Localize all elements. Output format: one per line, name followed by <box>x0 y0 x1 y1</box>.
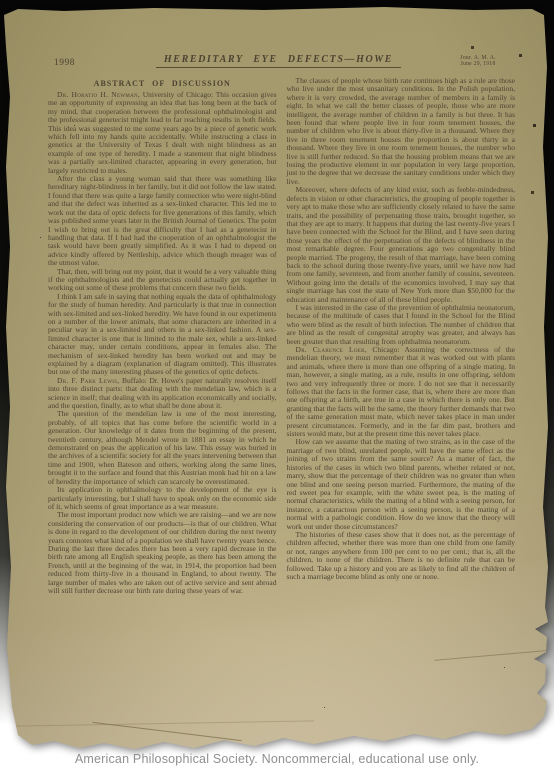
paragraph: That, then, will bring out my point, tha… <box>48 268 277 293</box>
running-title: HEREDITARY EYE DEFECTS—HOWE <box>156 54 401 68</box>
paragraph: After the class a young woman said that … <box>48 175 277 267</box>
document-photo: 1998 HEREDITARY EYE DEFECTS—HOWE Jour. A… <box>4 7 551 751</box>
paragraph: I think I am safe in saying that nothing… <box>48 293 277 377</box>
speaker-name: Dr. Horatio H. Newman, <box>57 90 140 99</box>
right-column-body: The classes of people whose birth rate c… <box>287 77 516 581</box>
paragraph: Its application in ophthalmology to the … <box>48 486 277 511</box>
left-column-body: Dr. Horatio H. Newman, University of Chi… <box>48 91 277 595</box>
paragraph: I was interested in the case of the prev… <box>287 304 516 346</box>
speaker-name: Dr. F. Park Lewis, <box>57 376 119 385</box>
paragraph: The classes of people whose birth rate c… <box>287 77 516 186</box>
speaker-name: Dr. Clarence Loeb, <box>296 345 367 354</box>
paragraph: The histories of these cases show that i… <box>287 531 516 581</box>
photo-caption: American Philosophical Society. Noncomme… <box>0 752 554 768</box>
paragraph: Dr. Clarence Loeb, Chicago: Assuming the… <box>287 346 516 438</box>
running-title-box: HEREDITARY EYE DEFECTS—HOWE <box>112 49 445 68</box>
paragraph: The most important product now which we … <box>48 511 277 595</box>
journal-reference: Jour. A. M. A. June 29, 1918 <box>445 55 511 68</box>
paragraph: How can we assume that the mating of two… <box>287 438 516 530</box>
section-heading: ABSTRACT OF DISCUSSION <box>48 79 277 88</box>
left-column: ABSTRACT OF DISCUSSION Dr. Horatio H. Ne… <box>48 77 277 595</box>
paper-crease <box>14 720 314 726</box>
page-number: 1998 <box>54 58 112 68</box>
paragraph: The question of the mendelian law is one… <box>48 410 277 486</box>
journal-page: 1998 HEREDITARY EYE DEFECTS—HOWE Jour. A… <box>4 7 551 751</box>
journal-date: June 29, 1918 <box>445 61 511 68</box>
right-column: The classes of people whose birth rate c… <box>287 77 516 595</box>
paragraph: Dr. F. Park Lewis, Buffalo: Dr. Howe's p… <box>48 377 277 411</box>
paper-crease <box>434 650 546 661</box>
text-columns: ABSTRACT OF DISCUSSION Dr. Horatio H. Ne… <box>4 68 551 595</box>
paragraph: Dr. Horatio H. Newman, University of Chi… <box>48 91 277 175</box>
paragraph: Moreover, where defects of any kind exis… <box>287 186 516 304</box>
page-header: 1998 HEREDITARY EYE DEFECTS—HOWE Jour. A… <box>4 7 551 68</box>
journal-name: Jour. A. M. A. <box>445 55 511 62</box>
paper-specks <box>4 7 5 8</box>
